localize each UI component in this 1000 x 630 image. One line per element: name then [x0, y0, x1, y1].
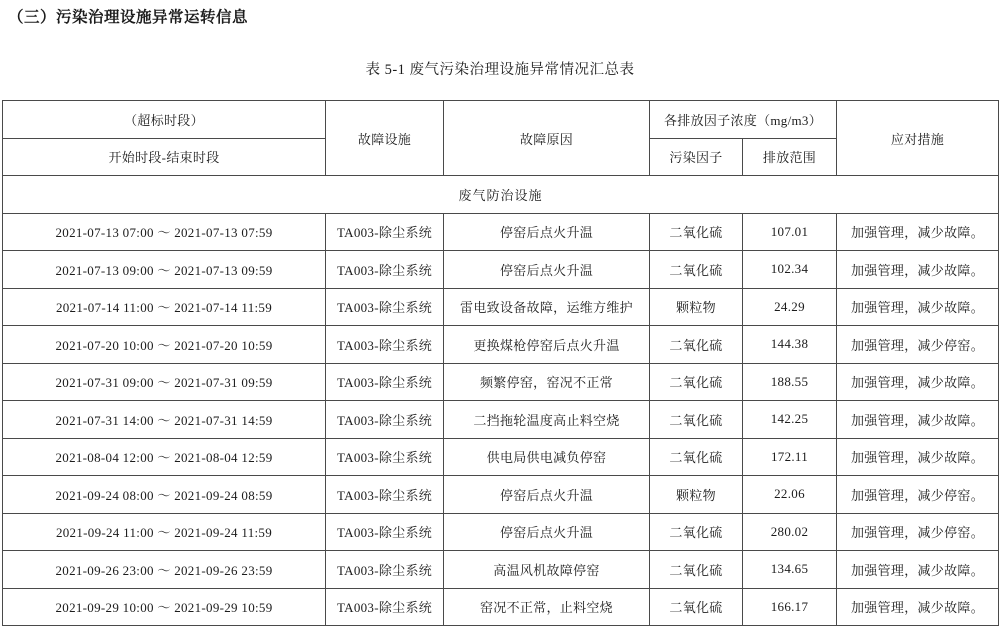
reason-cell: 停窑后点火升温 [444, 476, 650, 514]
period-cell: 2021-07-31 14:00 ～ 2021-07-31 14:59 [3, 401, 326, 439]
table-row: 2021-08-04 12:00 ～ 2021-08-04 12:59TA003… [3, 438, 999, 476]
period-cell: 2021-07-20 10:00 ～ 2021-07-20 10:59 [3, 326, 326, 364]
reason-cell: 雷电致设备故障，运维方维护 [444, 288, 650, 326]
facility-cell: TA003-除尘系统 [326, 326, 444, 364]
section-row: 废气防治设施 [3, 176, 999, 214]
table-row: 2021-07-13 09:00 ～ 2021-07-13 09:59TA003… [3, 251, 999, 289]
measure-cell: 加强管理，减少故障。 [837, 401, 999, 439]
period-cell: 2021-09-24 08:00 ～ 2021-09-24 08:59 [3, 476, 326, 514]
table-row: 2021-09-24 11:00 ～ 2021-09-24 11:59TA003… [3, 513, 999, 551]
facility-cell: TA003-除尘系统 [326, 513, 444, 551]
header-concentration-group: 各排放因子浓度（mg/m3） [650, 101, 837, 139]
reason-cell: 更换煤枪停窑后点火升温 [444, 326, 650, 364]
header-reason: 故障原因 [444, 101, 650, 176]
measure-cell: 加强管理，减少故障。 [837, 363, 999, 401]
table-row: 2021-07-14 11:00 ～ 2021-07-14 11:59TA003… [3, 288, 999, 326]
pollutant-cell: 二氧化硫 [650, 251, 743, 289]
period-cell: 2021-07-13 09:00 ～ 2021-07-13 09:59 [3, 251, 326, 289]
reason-cell: 停窑后点火升温 [444, 513, 650, 551]
measure-cell: 加强管理，减少停窑。 [837, 326, 999, 364]
period-cell: 2021-09-26 23:00 ～ 2021-09-26 23:59 [3, 551, 326, 589]
header-pollutant: 污染因子 [650, 138, 743, 176]
facility-cell: TA003-除尘系统 [326, 551, 444, 589]
measure-cell: 加强管理，减少故障。 [837, 251, 999, 289]
facility-cell: TA003-除尘系统 [326, 476, 444, 514]
value-cell: 107.01 [743, 213, 837, 251]
reason-cell: 高温风机故障停窑 [444, 551, 650, 589]
pollutant-cell: 二氧化硫 [650, 363, 743, 401]
pollutant-cell: 二氧化硫 [650, 551, 743, 589]
table-row: 2021-07-31 14:00 ～ 2021-07-31 14:59TA003… [3, 401, 999, 439]
measure-cell: 加强管理，减少故障。 [837, 588, 999, 626]
document-page: （三）污染治理设施异常运转信息 表 5-1 废气污染治理设施异常情况汇总表 （超… [0, 0, 1000, 630]
section-label: 废气防治设施 [3, 176, 999, 214]
pollutant-cell: 二氧化硫 [650, 438, 743, 476]
header-measure: 应对措施 [837, 101, 999, 176]
measure-cell: 加强管理，减少故障。 [837, 438, 999, 476]
measure-cell: 加强管理，减少故障。 [837, 551, 999, 589]
period-cell: 2021-07-13 07:00 ～ 2021-07-13 07:59 [3, 213, 326, 251]
header-period-sub: 开始时段-结束时段 [3, 138, 326, 176]
facility-cell: TA003-除尘系统 [326, 288, 444, 326]
pollutant-cell: 二氧化硫 [650, 588, 743, 626]
period-cell: 2021-07-14 11:00 ～ 2021-07-14 11:59 [3, 288, 326, 326]
pollutant-cell: 颗粒物 [650, 476, 743, 514]
value-cell: 142.25 [743, 401, 837, 439]
reason-cell: 停窑后点火升温 [444, 213, 650, 251]
value-cell: 166.17 [743, 588, 837, 626]
reason-cell: 二挡拖轮温度高止料空烧 [444, 401, 650, 439]
period-cell: 2021-08-04 12:00 ～ 2021-08-04 12:59 [3, 438, 326, 476]
value-cell: 144.38 [743, 326, 837, 364]
pollutant-cell: 二氧化硫 [650, 513, 743, 551]
section-heading: （三）污染治理设施异常运转信息 [8, 5, 248, 27]
facility-cell: TA003-除尘系统 [326, 438, 444, 476]
reason-cell: 供电局供电减负停窑 [444, 438, 650, 476]
header-row-top: （超标时段） 故障设施 故障原因 各排放因子浓度（mg/m3） 应对措施 [3, 101, 999, 139]
facility-cell: TA003-除尘系统 [326, 251, 444, 289]
facility-cell: TA003-除尘系统 [326, 588, 444, 626]
value-cell: 24.29 [743, 288, 837, 326]
value-cell: 280.02 [743, 513, 837, 551]
facility-cell: TA003-除尘系统 [326, 363, 444, 401]
measure-cell: 加强管理，减少故障。 [837, 288, 999, 326]
pollutant-cell: 二氧化硫 [650, 401, 743, 439]
period-cell: 2021-09-29 10:00 ～ 2021-09-29 10:59 [3, 588, 326, 626]
reason-cell: 窑况不正常，止料空烧 [444, 588, 650, 626]
measure-cell: 加强管理，减少停窑。 [837, 513, 999, 551]
value-cell: 134.65 [743, 551, 837, 589]
value-cell: 172.11 [743, 438, 837, 476]
value-cell: 22.06 [743, 476, 837, 514]
facility-cell: TA003-除尘系统 [326, 213, 444, 251]
table-row: 2021-07-31 09:00 ～ 2021-07-31 09:59TA003… [3, 363, 999, 401]
table-row: 2021-09-26 23:00 ～ 2021-09-26 23:59TA003… [3, 551, 999, 589]
period-cell: 2021-09-24 11:00 ～ 2021-09-24 11:59 [3, 513, 326, 551]
period-cell: 2021-07-31 09:00 ～ 2021-07-31 09:59 [3, 363, 326, 401]
reason-cell: 停窑后点火升温 [444, 251, 650, 289]
measure-cell: 加强管理，减少停窑。 [837, 476, 999, 514]
summary-table: （超标时段） 故障设施 故障原因 各排放因子浓度（mg/m3） 应对措施 开始时… [2, 100, 999, 626]
table-row: 2021-07-13 07:00 ～ 2021-07-13 07:59TA003… [3, 213, 999, 251]
table-row: 2021-09-29 10:00 ～ 2021-09-29 10:59TA003… [3, 588, 999, 626]
header-facility: 故障设施 [326, 101, 444, 176]
table-header: （超标时段） 故障设施 故障原因 各排放因子浓度（mg/m3） 应对措施 开始时… [3, 101, 999, 176]
pollutant-cell: 二氧化硫 [650, 213, 743, 251]
measure-cell: 加强管理，减少故障。 [837, 213, 999, 251]
table-title: 表 5-1 废气污染治理设施异常情况汇总表 [0, 58, 1000, 79]
table-row: 2021-07-20 10:00 ～ 2021-07-20 10:59TA003… [3, 326, 999, 364]
pollutant-cell: 颗粒物 [650, 288, 743, 326]
reason-cell: 频繁停窑，窑况不正常 [444, 363, 650, 401]
table-row: 2021-09-24 08:00 ～ 2021-09-24 08:59TA003… [3, 476, 999, 514]
value-cell: 188.55 [743, 363, 837, 401]
value-cell: 102.34 [743, 251, 837, 289]
pollutant-cell: 二氧化硫 [650, 326, 743, 364]
header-range: 排放范围 [743, 138, 837, 176]
facility-cell: TA003-除尘系统 [326, 401, 444, 439]
table-body: 废气防治设施 2021-07-13 07:00 ～ 2021-07-13 07:… [3, 176, 999, 626]
header-period-group: （超标时段） [3, 101, 326, 139]
